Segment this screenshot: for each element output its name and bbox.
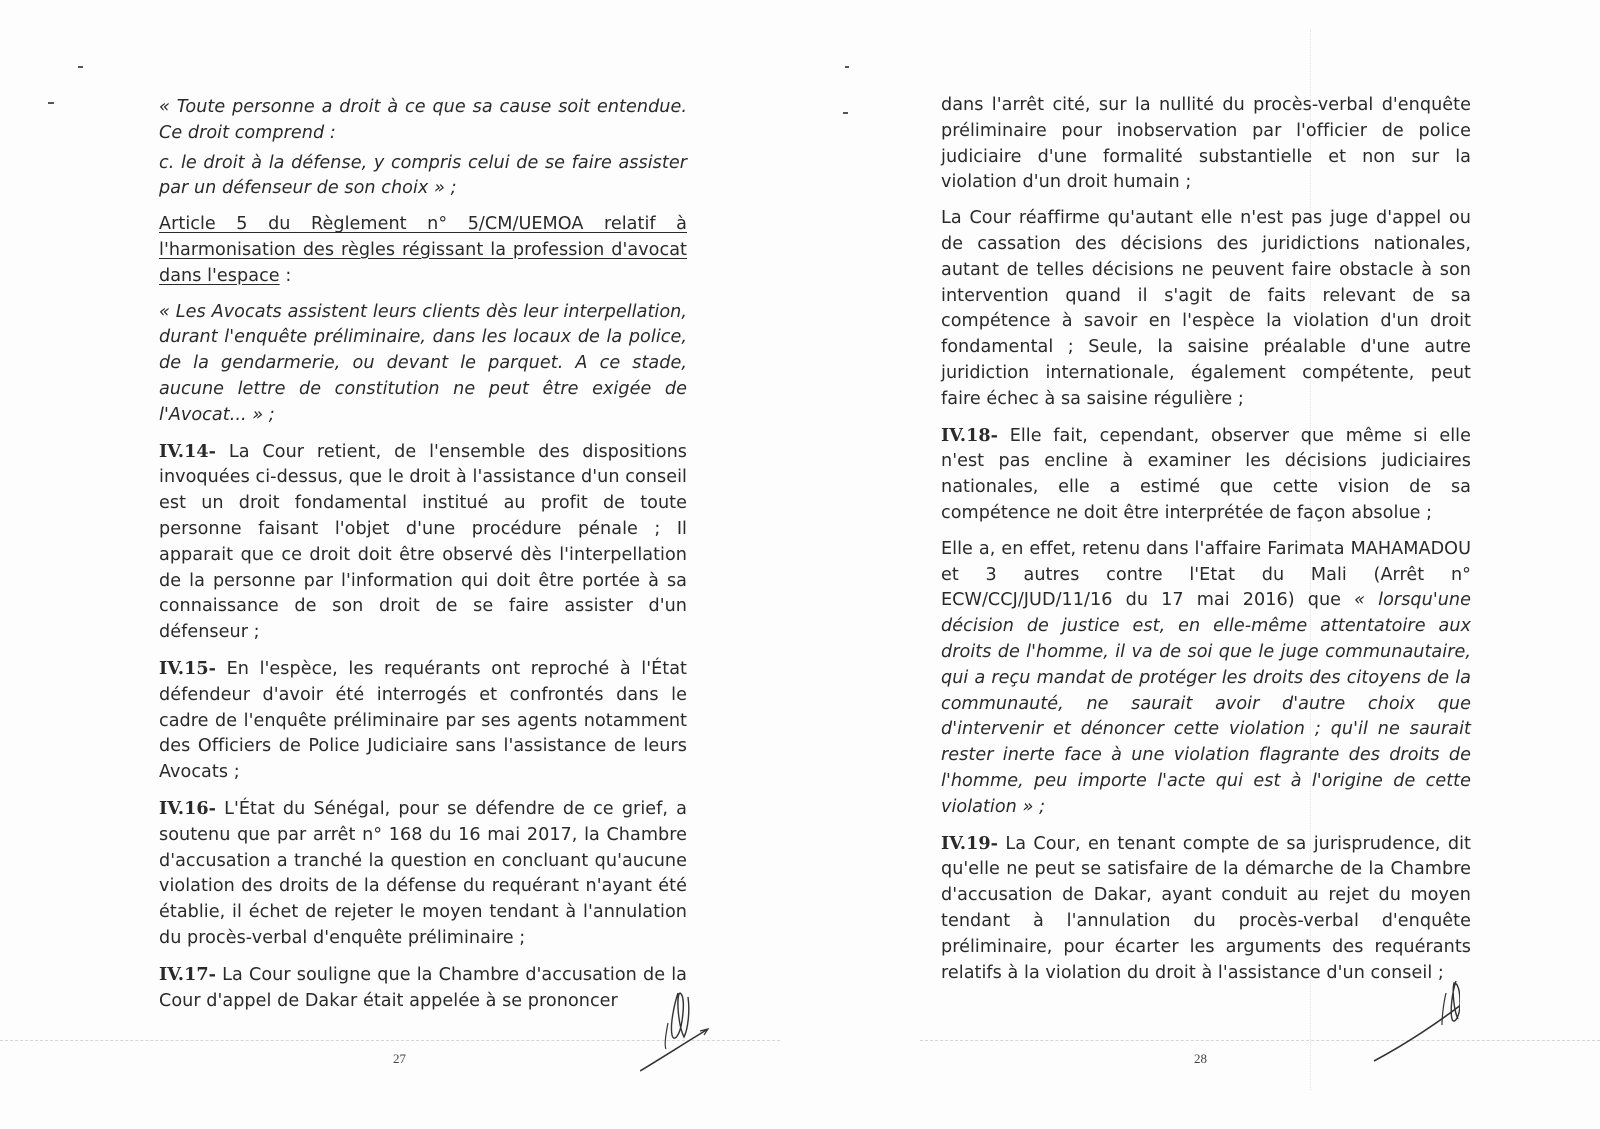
scan-speck	[845, 66, 849, 68]
paragraph-iv-17-continued: dans l'arrêt cité, sur la nullité du pro…	[941, 93, 1471, 196]
article-heading: Article 5 du Règlement n° 5/CM/UEMOA rel…	[159, 212, 687, 289]
paragraph-number: IV.18-	[941, 425, 998, 446]
paragraph-text: En l'espèce, les requérants ont reproché…	[159, 659, 687, 782]
paragraph-iv-14: IV.14- La Cour retient, de l'ensemble de…	[159, 439, 687, 646]
paragraph-text: La Cour retient, de l'ensemble des dispo…	[159, 442, 687, 643]
document-spread: « Toute personne a droit à ce que sa cau…	[0, 0, 1600, 1129]
paragraph-iv-16: IV.16- L'État du Sénégal, pour se défend…	[159, 796, 687, 952]
quoted-jurisprudence: « lorsqu'une décision de justice est, en…	[941, 590, 1471, 816]
paragraph-text: La Cour souligne que la Chambre d'accusa…	[159, 965, 687, 1011]
paragraph-iv-15: IV.15- En l'espèce, les requérants ont r…	[159, 656, 687, 786]
page-28-body: dans l'arrêt cité, sur la nullité du pro…	[941, 93, 1471, 996]
footer-rule	[920, 1040, 1600, 1041]
page-number: 27	[393, 1051, 406, 1067]
paragraph-iv-17: IV.17- La Cour souligne que la Chambre d…	[159, 962, 687, 1015]
page-28: dans l'arrêt cité, sur la nullité du pro…	[800, 0, 1600, 1129]
page-27-body: « Toute personne a droit à ce que sa cau…	[159, 95, 687, 1024]
quote-uemoa: « Les Avocats assistent leurs clients dè…	[159, 300, 687, 429]
paragraph-farimata: Elle a, en effet, retenu dans l'affaire …	[941, 537, 1471, 821]
signature-initials-icon	[640, 985, 730, 1075]
quote-charter-line-2: c. le droit à la défense, y compris celu…	[159, 151, 687, 203]
paragraph-number: IV.16-	[159, 798, 216, 819]
paragraph-text: L'État du Sénégal, pour se défendre de c…	[159, 799, 687, 948]
paragraph-iv-18: IV.18- Elle fait, cependant, observer qu…	[941, 423, 1471, 527]
signature-initials-icon	[1370, 975, 1460, 1065]
paragraph-iv-19: IV.19- La Cour, en tenant compte de sa j…	[941, 831, 1471, 987]
scan-speck	[78, 66, 83, 68]
paragraph-number: IV.19-	[941, 833, 998, 854]
paragraph-number: IV.15-	[159, 658, 216, 679]
paragraph-text: Elle fait, cependant, observer que même …	[941, 426, 1471, 523]
quote-charter-line-1: « Toute personne a droit à ce que sa cau…	[159, 95, 687, 147]
paragraph-reaffirm: La Cour réaffirme qu'autant elle n'est p…	[941, 206, 1471, 412]
scan-speck	[843, 112, 848, 114]
article-heading-suffix: :	[280, 266, 292, 286]
page-27: « Toute personne a droit à ce que sa cau…	[0, 0, 800, 1129]
paragraph-number: IV.17-	[159, 964, 216, 985]
paragraph-text: La Cour, en tenant compte de sa jurispru…	[941, 834, 1471, 983]
article-heading-text: Article 5 du Règlement n° 5/CM/UEMOA rel…	[159, 214, 687, 286]
paragraph-number: IV.14-	[159, 441, 216, 462]
scan-speck	[48, 102, 54, 104]
page-number: 28	[1194, 1051, 1207, 1067]
